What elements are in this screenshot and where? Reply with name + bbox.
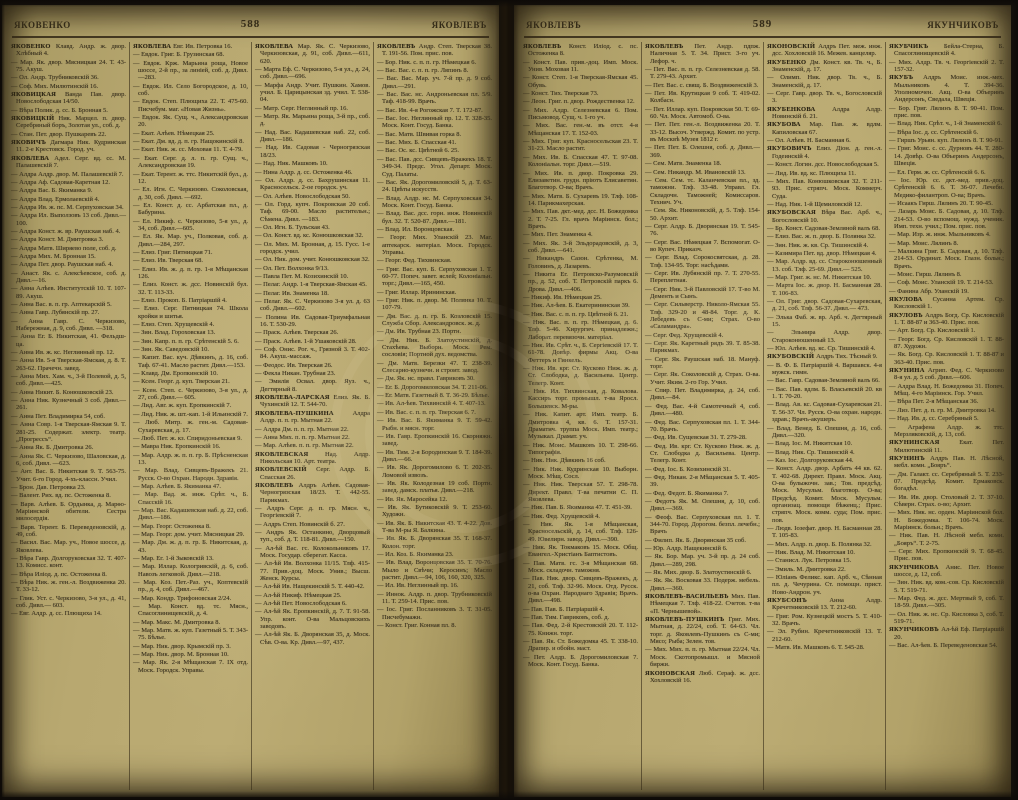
directory-entry: — Матр. Серг. Неглинный пр. 16. [255,105,370,112]
directory-entry: — Ник. Пав. Б. Якиманка 47. Т. 451-39. [523,504,638,511]
directory-entry: — Мар. Ег. 1-й Зыковскій 13. [133,555,248,562]
directory-entry: — Праск. Алѣев. 1-й Ушаковскій 28. [255,338,370,345]
directory-entry: — Влад. Алдр. нс. М. Серпуховская 34. Мо… [377,195,492,210]
directory-entry: — Алдра Аф. Садовая-Каретная 12. [11,179,126,186]
directory-entry: — Ил. Ив. Неглинный пр. 16. [377,582,492,589]
directory-entry: — Дм. Вас. д. п. гр. Б. Козловскій 15. С… [377,313,492,328]
directory-entry: — Анна Мих. Хам. ч., 3-й Полевой, д. 5, … [11,373,126,388]
directory-entry: — Васил. Вас. Мар. уч., Новое шоссе, д. … [11,539,126,554]
directory-entry: — Ив. Тим. 2-я Бородинская 9. Т. 184-39.… [377,449,492,464]
directory-entry: ЯКОВЛЕВЪ Алдръ Алѣев. Садовая-Черногрязс… [255,482,370,504]
directory-entry: — Як. Бор. Мар. уч. 3-й пр. д. 24 соб. Д… [645,553,760,568]
directory-entry: — Сем. Матв. Знаменка 18. [645,160,760,167]
directory-entry: — Алдра Матв. Ширяево поле, соб. д. [11,245,126,252]
directory-entry: — Над. Ник. 1-й Щемиловскій 12. [767,201,882,208]
directory-entry: — Ник. Ник. Кудринская 10. Выборн. Моск.… [523,466,638,481]
directory-entry: — Эльмира Алдр. двор. Староконюшенный 13… [767,329,882,344]
directory-entry: — Вас. Як. Дорогомиловскій 5, д. Т. 63-2… [377,179,492,194]
directory-entry: — Конст. Пав. прив.-доц. Имп. Моск. Унив… [523,59,638,74]
directory-entry: — Як. Як. Восковая 33. Подерж. мебель. Д… [645,577,760,592]
directory-entry: — Алдра Ив. ж. пс. М. Серпуховская 34. [11,204,126,211]
directory-entry: — Ел. Герм. ж. сс. Срѣтенскій 6. 6. [889,169,1004,176]
directory-entry: — Мар. Георг. Остоженка 8. [133,523,248,530]
directory-column: ЯКОВЛЕВЪ Конст. Иліод. с. пс. Остоженка … [520,42,641,790]
directory-entry: ЯКУБЪ Алдръ Моис. инж.-мех. Мыльниковъ 4… [889,74,1004,103]
guide-word-right: ЯКУНЧИКОВЪ [927,20,999,30]
directory-entry: — Ив. Як. Б. Никитская 43. Т. 4-22. Дов.… [377,520,492,535]
directory-entry: ЯКОВЛЕВЪ Конст. Иліод. с. пс. Остоженка … [523,43,638,58]
guide-word-left: ЯКОВЕНКО [14,20,71,30]
right-page: ЯКОВЛЕВЪ 589 ЯКУНЧИКОВЪ ЯКОВЛЕВЪ Конст. … [514,5,1011,797]
directory-entry: — Ник. Як. 1-я Мѣщанская, Красносельскій… [523,521,638,543]
directory-entry: — Мар. Моис. Лялинъ 8. [889,240,1004,247]
directory-entry: — Евдок. Крж. Марьина роща, Новое шоссе,… [133,60,248,82]
directory-entry: ЯКУБОВСКІЙ Алдръ Тих. Тѣсный 9. [767,353,882,360]
directory-entry: — Ник. Ив. крг. Ст. Кусково Ниж. ж. д. С… [523,365,638,387]
directory-entry: — Вѣра Пет. 2-я Мѣщанская 36. [889,398,1004,405]
directory-entry: — Ел. Конст. д. сс. Арбатская пл., д. Ба… [133,202,248,217]
directory-entry: — Фекла Никан. Трубная 23. [255,370,370,377]
photo-edge [0,0,5,800]
directory-entry: — Ив. Як. Колодезная 19 соб. Портн. заве… [377,480,492,495]
directory-entry: — Ол. Игн. Б. Тульская 43. [255,224,370,231]
directory-entry: — Ник. Як. Токмаковъ 15. Моск. Общ. Еван… [523,544,638,559]
directory-entry: — Мих. Ник. нс. орден. Маріинской бол. Н… [889,509,1004,531]
directory-entry: — Над. Вас. Кадашевская наб. 22, соб. Ди… [255,129,370,144]
directory-entry: — Мар. Изр. ж. инж. Мыльниковъ 4. [889,231,1004,238]
directory-entry: — Вас. Пав. дсс. Сивцевъ-Вражекъ 18. Т. … [377,156,492,178]
directory-entry: — Лид. Ив. вд. кс. Плющиха 11. [767,170,882,177]
directory-entry: — Ив. Як. Бутиковскій 9. Т. 253-60. Худо… [377,504,492,519]
directory-entry: — Ел. Игн. С. Черкизово. Соколовская, д.… [133,186,248,201]
directory-entry: — Вас. Іос. Неглинный пр. 12. Т. 328-35.… [377,115,492,130]
directory-entry: — Фанина Абр. Уланскій 19. [889,288,1004,295]
directory-entry: — Анна Гавр. С. Черкизово, Набережная, д… [11,318,126,333]
directory-entry: — Моис. Гирш. Лялинъ 8. [889,271,1004,278]
directory-entry: — Мих. Пав. дкт.-мед. дсс. Н. Божедомка … [523,208,638,230]
directory-entry: — Елиз. Прокоп. Б. Патріаршій 4. [133,297,248,304]
directory-entry: — Фед. Вас. Серпуховская пл. 1. Т. 344-7… [645,419,760,434]
directory-entry: — Бор. Ник. с. п. п. гр. Нѣмецкая 6. [377,59,492,66]
directory-entry: — Полина Ив. Садовая-Триумфальная 16. Т.… [255,314,370,329]
directory-entry: ЯКОВЛЕВА Евг. Ив. Петровка 16. [133,43,248,50]
directory-entry: — Як. Богд. Ср. Кисловскій 1. Т. 88-87 и… [889,351,1004,366]
directory-entry: — Георг. Богд. Ср. Кисловскій 1. Т. 88-8… [889,336,1004,351]
directory-entry: — Фед. Іос. Б. Козихинскій 31. [645,466,760,473]
directory-entry: — Зин. Влад. Гороховская 13. [133,329,248,336]
directory-entry: — Влад. Іос. М. Никитская 10. [767,440,882,447]
directory-entry: ЯКУБЕНКОВА Алдра Алдр. Новинскій б. 21. [767,106,882,121]
directory-entry: — Ив. Ив. двор. Столовый 2. Т. 37-10. Сѣ… [889,494,1004,509]
directory-entry: — Соф. Мих. Милютинскій 16. [11,83,126,90]
directory-entry: — Ив. Вас. Б. Якиманка 9. Т. 59-42. Рыбн… [377,417,492,432]
directory-entry: — Леон. Григ. п. двор. Рождественка 12. [523,98,638,105]
directory-entry: — Вас. Матв. Швивая горка 8. [377,131,492,138]
directory-entry: — Мих. Алдр. Селезневская 6. Пом. Письмо… [523,107,638,122]
directory-entry: — Вѣра Гавр. Долгоруковская 32. Т. 407-1… [11,555,126,570]
directory-entry: — Мар. Ник. двор. Крымскій пр. 3. [133,643,248,650]
directory-entry: — В. Ф. Б. Патріаршій 4. Варшавск. 4-я м… [767,362,882,377]
directory-entry: — Ив. Влад. Воронцовская 35. Т. 70-76. М… [377,559,492,581]
directory-entry: — Лид. Ник. ж. шт.-кап. 1-й Ильинскій 7. [133,411,248,418]
directory-entry: — Ник. Ал-ѣев. Б. Екатерининская 39. [523,302,638,309]
directory-entry: — Ив. Гавр. Еропкинскій 16. Скорняжн. за… [377,433,492,448]
directory-entry: — Конст. Григ. Конная пл. 8. [377,622,492,629]
directory-entry: — Алдра Мих. М. Бронная 15. [11,253,126,260]
directory-entry: — Андръ Як. Останкино, Дворцовый туп., с… [255,529,370,544]
directory-entry: — Мих. Ив. п. двор. Покровка 29. Елизаве… [523,170,638,192]
directory-entry: ЯКУБСОНЪ Анна Алдр. Кречетниковскій 13. … [767,597,882,612]
directory-entry: — Іос. Юр. сс. дкт.-мед. прив.-доц. Срѣт… [889,177,1004,199]
directory-entry: — Григ. Вас. куп. Б. Серпуховская 1. Т. … [377,266,492,288]
directory-entry: — Ал-ѣй Як. Еропкинскій, д. 7. Т. 91-58.… [255,608,370,630]
directory-entry: — Вас. Мих. Б. Спасская 41. [377,139,492,146]
directory-entry: — Серг. Як. Соколовскій д. Страх. О-ва. … [645,371,760,386]
directory-entry: — Мих. Матв. Б. Сухаревъ 19. Тлф. 108-14… [523,193,638,208]
directory-entry: — Мавра Ник. Еропкинскій 16. [133,443,248,450]
directory-entry: — Алдра Дм. п. п. гр. Мытная 22. [255,426,370,433]
directory-entry: — Ив. Як. Дорогомилово 6. Т. 202-35. Лом… [377,464,492,479]
directory-entry: — Мар. Кондр. Трифоновская 2/24. [133,595,248,602]
directory-entry: — Анна Вас. в. п. гр. Аптекарскій 5. [11,301,126,308]
directory-entry: — Исаакъ Гирш. Лялинъ 20. Т. 90-45. [889,200,1004,207]
directory-entry: — Над. Ник. Машковъ 10. [255,160,370,167]
directory-entry: — Зин. Ник. ж. кв. Ср. Тишинскій 4. [767,242,882,249]
directory-entry: — Мар. Алѣев. Б. Якиманка 47. [133,483,248,490]
guide-word-left: ЯКОВЛЕВЪ [526,20,581,30]
directory-entry: — Бр. Конст. Садовая-Земляной валъ 68. [767,225,882,232]
directory-entry: — Ал-ѣй Як. Б. Дворянская 35, д. Моск. С… [255,631,370,646]
directory-entry: — Ол. Горд. купч. Покровская 20 соб. Таф… [255,201,370,223]
directory-entry: — Люб. Пет. ж. кз. Спиридоньевская 9. [133,435,248,442]
directory-entry: — Мар. Алѣев. п. п. гр. Мытная 22. [255,442,370,449]
directory-entry: — Соф. Моис. Уланскій 19. Т. 214-53. [889,279,1004,286]
directory-entry: ЯКОНОВСКІЙ Алдръ Пет. меж. инж. дсс. Хох… [767,43,882,58]
directory-column: ЯКОНОВСКІЙ Алдръ Пет. меж. инж. дсс. Хох… [763,42,885,790]
directory-entry: — Люб. Митр. ж. ген.-м. Садовая-Сухаревс… [133,419,248,434]
directory-entry: — Анна Ив. ж. кс. Неглинный пр. 12. [11,349,126,356]
left-page: ЯКОВЕНКО 588 ЯКОВЛЕВЪ ЯКОВЕНКО Клавд. Ан… [2,5,499,797]
directory-entry: — Ник. Фед. Хрущевскій 4. [523,513,638,520]
directory-entry: — Георг. Мих. Уланскій 23. Маг. аптекарс… [377,234,492,256]
directory-entry: — Ник. Ив. Срѣт. ч., Б. Сергіевскій 17. … [523,342,638,364]
directory-entry: — Георг. Фед. Тихвинская. [377,257,492,264]
directory-entry: — Серг. Мих. Еропкинскій 9. Т. 68-45. Пр… [889,548,1004,563]
directory-entry: — Мар. Макс. М. Дмитровка 8. [133,619,248,626]
directory-entry: — Праск. Алѣев. Тверская 26. [255,329,370,336]
directory-entry: — Дм. Як. нс. правл. Гавриковъ 30. [377,375,492,382]
directory-entry: — Вѣра Іос. д. сс. Срѣтенскій 6. [889,129,1004,136]
directory-entry: — Мих. Алдр. Тв. ч. Георгіевскій 2. Т. 1… [889,59,1004,74]
directory-entry: — Мар. Фед. ж. дсс. Мертвый 9, соб. Т. 1… [889,595,1004,610]
directory-entry: — Сем. Як. Никоновскій, д. 5. Тлф. 154-5… [645,207,760,222]
directory-entry: — Вас. Ал-ѣев. Б. Переведеновская 54. [889,642,1004,649]
directory-entry: ЯКОВЛЕВСКАЯ Над. Алдр. Никольская 10. Ар… [255,451,370,466]
directory-entry: — Ол. Алѣев. Н. Басманная 6. [767,137,882,144]
directory-entry: ЯКОВЛЕВА-ПУШКИНА Алдра Алдр. п. п. гр. М… [255,410,370,425]
directory-entry: — Мар. Георг. дом. учит. Мясницкая 29. [133,531,248,538]
directory-entry: — Брон. Дав. Петровка 23. [11,484,126,491]
directory-entry: — Серг. Ив. Лубянскій пр. 7. Т. 270-55. … [645,270,760,285]
directory-column: ЯКУБЧИКЪ Бейла-Стерна, Б. Спасоглинищевс… [885,42,1007,790]
directory-entry: — Фед. Ив. крг. Ст. Кусково Ниж. ж. д. С… [645,443,760,465]
directory-entry: — Алдра Влад. Ермолаевскій 4. [11,196,126,203]
directory-entry: — Мих. Ив. Б. Спасская 47. Т. 97-08. Кол… [523,154,638,169]
directory-entry: — Ол. Алѣев. Новослободская 50. [255,193,370,200]
directory-entry: — Ол. Пет. Волхонка 9/13. [255,265,370,272]
directory-entry: — Пав. Пав. Б. Патріаршій 4. [523,606,638,613]
directory-entry: — Серг. Як. Раушская наб. 18. Мануф. тор… [645,356,760,371]
directory-entry: — Эмиль. М. Дмитровка 22. [767,566,882,573]
directory-entry: — Мих. Мих. п. п. гр. Мытная 22/24. Чл. … [645,646,760,668]
directory-entry: — Каз. Іос. Долгоруковская 44. [767,457,882,464]
directory-entry: — Ксен. Георг. д. куп. Тверская 21. [133,378,248,385]
directory-entry: — Спир. Пет. Владимирка, д. 24, соб. Див… [645,387,760,402]
directory-entry: — Анна Як. С. Черкизово, Шаловская, д. 6… [11,453,126,468]
directory-entry: — Юл. Алѣев. вд. кс. Ср. Тишинскій 4. [767,345,882,352]
directory-entry: — Фед. Вас. 4-й Самотечный 4, соб. Дивл.… [645,403,760,418]
left-page-columns: ЯКОВЕНКО Клавд. Андр. ж. двор. Хлѣбный 4… [8,42,495,790]
directory-entry: — Мар. Алдр. ж. п. п. гр. Б. Прѣсненская… [133,452,248,467]
directory-entry: — Ел. Як. Мар. уч., Полковая, соб. д. Ди… [133,233,248,248]
directory-entry: — Елиз. Ив. ж. д. п. гр. 1-я Мѣщанская 1… [133,266,248,281]
directory-entry: — Никандръ Сазон. Срѣтенка, М. Головинъ,… [523,255,638,270]
directory-entry: — Екат. Терент. ж. ттс. Никитскій бул., … [133,171,248,186]
directory-entry: — Вѣра Иліод. д. пс. Остоженка 8. [11,571,126,578]
directory-entry: — Ол. Ник. дом. учит. Конюшковская 32. [255,256,370,263]
directory-entry: — Казимира Пет. вд. двор. Нѣмецкая 4. [767,250,882,257]
directory-entry: ЯКУБЧИКЪ Бейла-Стерна, Б. Спасоглинищевс… [889,43,1004,58]
directory-entry: — Влад. Вас. дсс. горн. инж. Новинскій б… [377,210,492,225]
directory-entry: — Алдра Вас. Б. Якиманка 9. [11,187,126,194]
photo-edge [0,0,1018,7]
directory-entry: — Анаст. Як. с. Алексѣевское, соб. д. Ди… [11,270,126,285]
directory-entry: ЯКУБЕНКО Дм. Конст. кв. Тв. ч., Б. Знаме… [767,59,882,74]
directory-entry: — Юліанъ Феликс. кап. Арб. ч., Сѣнная пл… [767,574,882,596]
directory-entry: — Евдок. Як. Сущ. ч., Александровская 20… [133,114,248,129]
directory-entry: — Мар. Иллар. Кологривскій, д. 6, соб. Н… [133,563,248,578]
directory-entry: — Ив. Як. Б. Дворянская 35. Т. 168-37. К… [377,535,492,550]
directory-entry: — Конст. Алдр. двор. Арбатъ 44 кв. 62. Т… [767,465,882,524]
directory-entry: — Пелаг. Як. С. Черкизово 3-я ул. д. 63 … [255,298,370,313]
directory-entry: — Мар. Конст. вд. тс. Мясн., Спасоглинищ… [133,603,248,618]
directory-entry: — Клавд. Дм. Еропкинскій 10. [133,370,248,377]
directory-entry: — Вас. Вас. Мар. уч. 7-й пр. д. 9 соб. Д… [377,75,492,90]
directory-entry: — Влад. Ил. Воронцовская. [377,226,492,233]
directory-entry: — Мар. Вад. ж. инж. Срѣт. ч., Б. Спасскі… [133,491,248,506]
directory-entry: — Екат. Алѣев. Нѣмецкая 25. [133,130,248,137]
directory-entry: — Пелаг. Ив. Знаменка 18. [255,290,370,297]
directory-entry: ЯКОВЛЕВЪ Пет. Андр. пдпж. Наличная 5. Т.… [645,43,760,65]
directory-entry: — Ол. Андр. Трубниковскій 36. [11,74,126,81]
directory-entry: — Никита Ег. Петровско-Разумовскій пр., … [523,271,638,293]
directory-entry: — Як. Мих. двор. Б. Златоустинскій 6. [645,569,760,576]
directory-entry: — Вас. Вас. нс. Андроньевская пл. 5/9. Т… [377,91,492,106]
directory-entry: — Ник. Ник. Дѣвкинъ 16 соб. [523,457,638,464]
directory-entry: — Мар. Як. двор. Мясницкая 24. Т. 43-75.… [11,59,126,74]
directory-entry: — Аграфена Алдр. ж. ттс. Мерзляковскій, … [889,424,1004,439]
directory-entry: — Алдра Конст. М. Дмитровка 3. [11,236,126,243]
directory-entry: — Мар. Влад. Сивцевъ-Вражекъ 21. Русск. … [133,467,248,482]
directory-entry: — Екат. Серг. д. л. п. гр. Сущ. ч., Алек… [133,155,248,170]
directory-entry: — Алдра Конст. ж. вр. Раушская наб. 4. [11,228,126,235]
directory-entry: — Вас. Пав. вдлм. Б. Власьевскій 20. кв … [767,386,882,401]
directory-entry: — Елиз. Григ. Пятницкая 71. [133,249,248,256]
directory-entry: — Серг. Як. Каретный рядъ 39. Т. 85-38. … [645,340,760,355]
directory-entry: — Ник. Вас. п. п. гр. Нѣмецкая, д. 6. Тл… [523,319,638,341]
directory-entry: — Іос. Григ. Посланниковъ 3. Т. 31-05. П… [377,606,492,621]
directory-entry: ЯКОВЛЕВА-ЛАРСКАЯ Елиз. Як. Б. Чухинскій … [255,394,370,409]
directory-entry: — Пет. Вас. с. свящ. Б. Воздвиженскій 3. [645,82,760,89]
directory-column: ЯКОВЛЕВЪ Пет. Андр. пдпж. Наличная 5. Т.… [641,42,763,790]
right-page-columns: ЯКОВЛЕВЪ Конст. Иліод. с. пс. Остоженка … [520,42,1007,790]
directory-entry: ЯКОВЛЕВЪ-ВАСИЛЬЕВЪ Мих. Пав. Нѣмецкая 7.… [645,593,760,615]
directory-entry: — Ол. Конст. вд. кс. Конюшковская 32. [255,232,370,239]
directory-entry: — Филип. Як. Б. Дворянская 35 соб. [645,537,760,544]
directory-entry: — Анна Пет. Владимирка 54, соб. [11,413,126,420]
directory-entry: — Матр. Як. Марьина роща, 3-й пр., соб. … [255,113,370,128]
directory-entry: — Мар. Як. 2-я Мѣщанская 7. IX отд. Моск… [133,659,248,674]
directory-entry: — Иннок. Алдр. п. двор. Трубниковскій 11… [377,591,492,606]
directory-entry: — Ег. Б. Дорогомиловская 34. Т. 211-06. [377,384,492,391]
directory-entry: — Елиз. Степ. Хрущевскій 4. [133,321,248,328]
directory-entry: — Ив. Ал-ѣев. Тихвинскій 4. Т. 407-13. [377,400,492,407]
directory-entry: — Людв. Іозефат. двор. Н. Басманная 28. … [767,525,882,540]
directory-entry: — Анна Ив. 5-я Тверская-Ямская, д. 8. Т.… [11,357,126,372]
directory-entry: — Варв. Алѣев. Б. Ордынка, д. Марѳо-Марі… [11,501,126,523]
directory-entry: — Матв. Ив. Машковъ 6. Т. 545-28. [767,644,882,651]
directory-entry: — Бор. Григ. Лялинъ 8. Т. 90-41. Пом. пр… [889,105,1004,120]
directory-entry: — Ал-ѣй Ив. Волхонка 11/15. Тлф. 415-77.… [255,560,370,582]
directory-entry: — Евг. Алдр. д. сс. Плющиха 14. [11,610,126,617]
directory-entry: — Мих. Пет. Знаменка 4. [523,231,638,238]
directory-entry: — Фед. Ив. Сущевская 31. Т. 279-28. [645,434,760,441]
directory-entry: — Фед. Федот. Б. Якиманка 7. [645,490,760,497]
directory-entry: — Зин. Капр. п. п. гр. Срѣтенскій 5. 6. [133,338,248,345]
directory-entry: — Мих. Вас. ген.-м. въ отст. 4-я Мѣщанск… [523,122,638,137]
directory-entry: — Мар. Алдр. вд. сс. Староконюшенный 13.… [767,258,882,273]
directory-entry: — Ник. Ник. Тверская 57. Т. 298-78. Дире… [523,481,638,503]
directory-entry: — Гиршъ Урьян. куп. Лялинъ 8. Т. 90-91. [889,137,1004,144]
directory-entry: — Сем. Никандр. М. Ивановскій 13. [645,169,760,176]
page-number-right: 589 [753,18,773,30]
directory-entry: — Мих. Пав. Конюшковская 32. Т. 211-93. … [767,178,882,200]
directory-entry: — Фед. Никан. 2-я Мѣщанская 5. Т. 405-39… [645,474,760,489]
directory-entry: — Анна Ег. Б. Никитская, 41. Фельдш-ца. [11,333,126,348]
directory-entry: — Над. Ив. д. сс. Серебряный 5. [889,415,1004,422]
directory-entry: ЯКУБОВИЧЪ Елиз. Діон. д. ген.-л. Годеинс… [767,145,882,160]
directory-entry: — Алдръ Серг. д. п. гр. Мясн. ч., Георгі… [255,505,370,520]
directory-entry: — Пав. Тим. Гавриковъ, соб. д. [523,614,638,621]
directory-entry: ЯКУЛОВА Сусанна Артем. Ср. Кисловскій 1. [889,296,1004,311]
directory-entry: — Евдок. Ил. Село Богородское, д. 10, со… [133,83,248,98]
directory-entry: — Глик. Уст. с. Черкизово, 3-я ул., д. 4… [11,595,126,610]
directory-entry: — Серг. Гавр. двор. Тв. ч., Богословскій… [767,90,882,105]
directory-column: ЯКОВЛЕВА Мар. Як. С. Черкизово, Черкизов… [251,42,373,790]
directory-entry: — Зин. Ник. вд. ком.-сов. Ср. Кисловскій… [889,579,1004,594]
directory-entry: — Ник. Капит. арт. Имп. театр. Б. Дмитро… [523,411,638,440]
directory-entry: — Влад. Венед. Б. Олешня, д. 16, соб. Ди… [767,425,882,440]
directory-entry: — Ксен. Степ. с. Черкизово, 3-я ул., д. … [133,387,248,402]
directory-entry: — Вас. Ив. 4-я Рогожская 7. Т. 172-87. [377,107,492,114]
directory-entry: — Анна Мих. п. п. гр. Мытная 22. [255,434,370,441]
directory-entry: ЯКОНОВСКАЯ Люб. Сераф. ж. дсс. Хохловскі… [645,670,760,685]
directory-entry: — Стан. Пет. двор. Пушкаревъ 22. [11,131,126,138]
directory-entry: — Евдок. Григ. Б. Грузинская 68. [133,51,248,58]
directory-entry: — Дм. Ник. Б. Златоустинскій, д. Стахѣев… [377,337,492,359]
directory-entry: — Мар. Вас. Кадашевская наб. д. 22, соб.… [133,507,248,522]
directory-entry: ЯКОВИЦКАЯ Ванда Пав. двор. Новослободска… [11,91,126,106]
directory-entry: ЯКОВИЦКІЙ Ник. Марцел. п. двор. Серебрян… [11,115,126,130]
directory-entry: — Серг. Влад. Сорокосвятская, д. 28. Тлф… [645,254,760,269]
directory-entry: — Ол. Алдр. д. сс. Бахрушинская 11. Крас… [255,177,370,192]
directory-entry: — Ал-ѣй Никиф. Нѣмецкая 25. [255,592,370,599]
directory-entry: ЯКОВЛЕВЪ-ПУШКИНЪ Григ. Мих. Мытная, д. 2… [645,616,760,645]
directory-entry: — Пет. Алдр. Б. Дорогомиловская 7. Моск.… [523,654,638,669]
directory-entry: — Вас. Вас. с. п. п. гр. Ляпинъ 8. [377,67,492,74]
directory-entry: ЯКУНИНСКАЯ Екат. Пет. Милютинскій 11. [889,439,1004,454]
directory-entry: — Конст. Степ. 1-я Тверская-Ямская 45. О… [523,74,638,89]
directory-entry: — Пет. Ив. Крутицкая 9 соб. Т. 419-02. К… [645,90,760,105]
directory-entry: — Феоф. Вас. Серпуховская пл. 1. Т. 344-… [645,514,760,536]
directory-entry: — Капит. Вас. куч. Дѣвкинъ, д. 16, соб. … [133,354,248,369]
directory-entry: — Олимп. Ник. двор. Тв. ч., Б. Знаменскі… [767,74,882,89]
directory-entry: — Вас. Гавр. Садовая-Земляной валъ 66. [767,377,882,384]
directory-entry: — Влад. Ав. кс. Садовая-Сухаревская 21. … [767,401,882,423]
book-gutter-shadow [495,0,519,800]
directory-entry: — Мар. Матв. ж. куп. Газетный 5. Т. 343-… [133,627,248,642]
directory-entry: ЯКОВЛЕВЪ Андр. Степ. Тверская 38. Т. 191… [377,43,492,58]
directory-entry: — Ел. Никиф. с. Черкизово, 5-я ул., д. 3… [133,218,248,233]
directory-entry: — Вѣра Ник. ж. ген.-л. Воздвиженка 20. Т… [11,579,126,594]
directory-entry: — Серг. Вас. Нѣмецкая 7. Вспомогат. О-во… [645,239,760,254]
directory-entry: — Дм. Галакт. сс. Серебряный 5. Т. 233-0… [889,471,1004,493]
directory-entry: — Ник. Вас. с. п. п. гр. Цвѣтной 6. 21. [523,311,638,318]
directory-entry: — Влад. Ник. Ср. Тишинскій 4. [767,449,882,456]
directory-entry: — Дм. Ив. Трубная 23. Портн. [377,328,492,335]
book-scan-photo: ЯКОВЕНКО 588 ЯКОВЛЕВЪ ЯКОВЕНКО Клавд. Ан… [0,0,1018,800]
directory-entry: — Конст. Тих. Тверская 73. [523,90,638,97]
directory-entry: — Григ. Иллар. Ирининская. [377,289,492,296]
directory-entry: — Алдръ Степ. Новинскій б. 27. [255,521,370,528]
directory-entry: ЯКОВЕНКО Клавд. Андр. ж. двор. Хлѣбный 4… [11,43,126,58]
directory-entry: — Анна Алѣев. Институтскій 10. Т. 107-89… [11,285,126,300]
directory-entry: — Эл. Рубин. Кречетниковскій 13. Т. 212-… [767,628,882,643]
page-number-left: 588 [241,18,261,30]
directory-entry: — Анна Ник. Кузнечный 3 соб. Дивл.—261. [11,397,126,412]
directory-entry: — Серг. Ник. 3-й Павловскій 17. Т-во М. … [645,286,760,301]
directory-entry: — Пет. Иллар. куп. Покровская 50. Т. 69-… [645,106,760,121]
directory-entry: — Ол. Мих. М. Бронная, д. 15. Гусс. 1-е … [255,241,370,256]
directory-entry: ЯКУНЧИКОВЪ Ал-ѣй Еф. Патріаршій 20. [889,626,1004,641]
directory-entry: — Ил. Коз. Б. Якиманка 23. [377,551,492,558]
directory-entry: — Пет. Вас. п. п. гр. Селезневская д. 58… [645,66,760,81]
directory-entry: — Ол. Ник. ж. нс. Ср. Кисловка 3, соб. Т… [889,611,1004,626]
directory-entry: — Анна Совр. 1-я Тверская-Ямская 9. Т. 2… [11,421,126,443]
directory-entry: — Марта Еф. С. Черкизово, 5-я ул., д. 24… [255,66,370,81]
directory-entry: — Анна Як. Б. Дмитровка 26. [11,444,126,451]
directory-entry: ЯКУБОВСКАЯ Вѣра Вас. Арб. ч., Богословск… [767,209,882,224]
directory-entry: — Пет. Пет. Б. Олешня, соб. д. Дивл.—369… [645,144,760,159]
directory-entry: — Мар. Дм. ж. д. п. гр. Б. Никитская, д.… [133,539,248,554]
directory-entry: — Феодос. Ив. Тверская 26. [255,362,370,369]
directory-entry: — Марфа Андр. Учит. Пушкин. Хамов. учил.… [255,82,370,104]
directory-entry: — Арт. Богд. Ср. Кисловскій 1. [889,327,1004,334]
directory-entry: — Мих. Як. 3-й Эльдорадовскій, д. 3, соб… [523,240,638,255]
directory-entry: — Серг. Алдр. Б. Дворянская 19. Т. 545-7… [645,223,760,238]
photo-edge [1011,0,1018,800]
directory-entry: — Алдра Ил. Выползовъ 13 соб. Дивл.—100. [11,212,126,227]
